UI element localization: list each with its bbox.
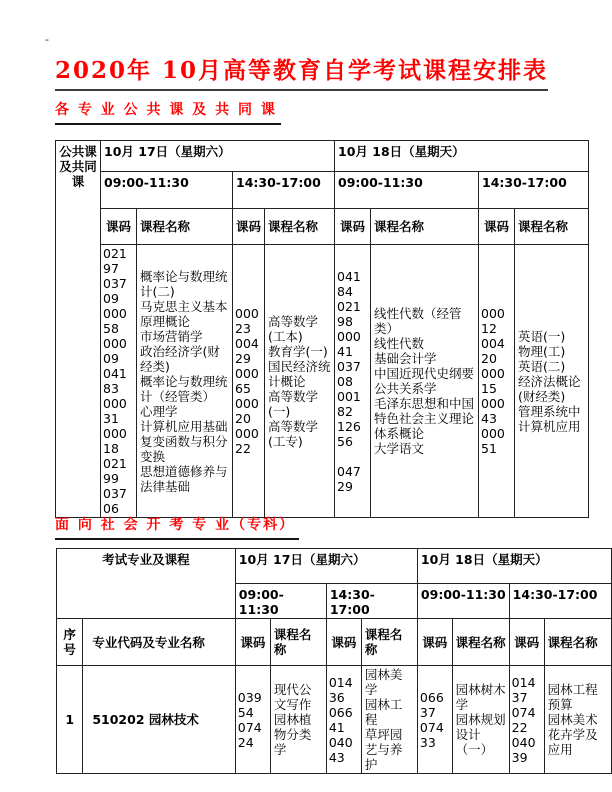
time-header: 09:00-11:30: [417, 584, 509, 619]
major-column-header: 专业代码及专业名称: [83, 619, 235, 666]
slot-codes-cell: 02197 03709 00058 00009 04183 00031 0001…: [101, 245, 137, 518]
date-header-saturday: 10月 17日（星期六）: [101, 141, 335, 172]
course-column-header: 课程名称: [137, 209, 233, 245]
slot-courses-cell: 英语(一) 物理(工) 英语(二) 经济法概论(财经类) 管理系统中计算机应用: [515, 245, 589, 518]
slot-courses-cell: 园林树木学 园林规划设计（一）: [452, 666, 509, 774]
slot-codes-cell: 01436 06641 04043: [326, 666, 361, 774]
code-column-header: 课码: [335, 209, 371, 245]
slot-codes-cell: 00023 00429 00065 00020 00022: [233, 245, 265, 518]
date-header-saturday: 10月 17日（星期六）: [235, 549, 417, 584]
code-column-header: 课码: [479, 209, 515, 245]
code-column-header: 课码: [233, 209, 265, 245]
section2-heading: 面 向 社 会 开 考 专 业（专科）: [55, 514, 299, 540]
index-column-header: 序号: [57, 619, 83, 666]
slot-codes-cell: 01437 07422 04039: [509, 666, 544, 774]
course-column-header: 课程名称: [452, 619, 509, 666]
code-column-header: 课码: [101, 209, 137, 245]
code-column-header: 课码: [417, 619, 452, 666]
slot-courses-cell: 线性代数（经管类） 线性代数 基础会计学 中国近现代史纲要 公共关系学 毛泽东思…: [371, 245, 479, 518]
code-column-header: 课码: [326, 619, 361, 666]
date-header-sunday: 10月 18日（星期天）: [335, 141, 589, 172]
code-column-header: 课码: [509, 619, 544, 666]
date-header-sunday: 10月 18日（星期天）: [417, 549, 611, 584]
slot-courses-cell: 高等数学(工本) 教育学(一) 国民经济统计概论 高等数学(一) 高等数学(工专…: [265, 245, 335, 518]
time-header: 09:00-11:30: [101, 172, 233, 209]
course-column-header: 课程名称: [544, 619, 611, 666]
time-header: 09:00-11:30: [235, 584, 326, 619]
slot-courses-cell: 概率论与数理统计(二) 马克思主义基本原理概论 市场营销学 政治经济学(财经类)…: [137, 245, 233, 518]
page-title: 2020年 10月高等教育自学考试课程安排表: [55, 52, 548, 91]
slot-courses-cell: 园林美学 园林工程 草坪园艺与养护: [361, 666, 417, 774]
course-column-header: 课程名称: [270, 619, 326, 666]
slot-codes-cell: 00012 00420 00015 00043 00051: [479, 245, 515, 518]
course-column-header: 课程名称: [361, 619, 417, 666]
slot-courses-cell: 园林工程预算 园林美术 花卉学及应用: [544, 666, 611, 774]
slot-codes-cell: 03954 07424: [235, 666, 270, 774]
slot-codes-cell: 04184 02198 00041 03708 00182 12656 0472…: [335, 245, 371, 518]
course-column-header: 课程名称: [515, 209, 589, 245]
major-name-cell: 510202 园林技术: [83, 666, 235, 774]
time-header: 14:30-17:00: [326, 584, 417, 619]
corner-header: 考试专业及课程: [57, 549, 236, 619]
vocational-majors-table: 考试专业及课程 10月 17日（星期六） 10月 18日（星期天） 09:00-…: [56, 548, 612, 774]
code-column-header: 课码: [235, 619, 270, 666]
row-header-common-courses: 公共课及共同课: [56, 141, 101, 518]
time-header: 09:00-11:30: [335, 172, 479, 209]
document-page: - 2020年 10月高等教育自学考试课程安排表 各 专 业 公 共 课 及 共…: [0, 0, 612, 792]
time-header: 14:30-17:00: [479, 172, 589, 209]
time-header: 14:30-17:00: [509, 584, 611, 619]
course-column-header: 课程名称: [371, 209, 479, 245]
stray-dash: -: [45, 33, 49, 46]
section1-heading: 各 专 业 公 共 课 及 共 同 课: [55, 99, 281, 125]
time-header: 14:30-17:00: [233, 172, 335, 209]
slot-codes-cell: 06637 07433: [417, 666, 452, 774]
slot-courses-cell: 现代公文写作 园林植物分类学: [270, 666, 326, 774]
row-index-cell: 1: [57, 666, 83, 774]
common-courses-table: 公共课及共同课 10月 17日（星期六） 10月 18日（星期天） 09:00-…: [55, 140, 589, 518]
course-column-header: 课程名称: [265, 209, 335, 245]
